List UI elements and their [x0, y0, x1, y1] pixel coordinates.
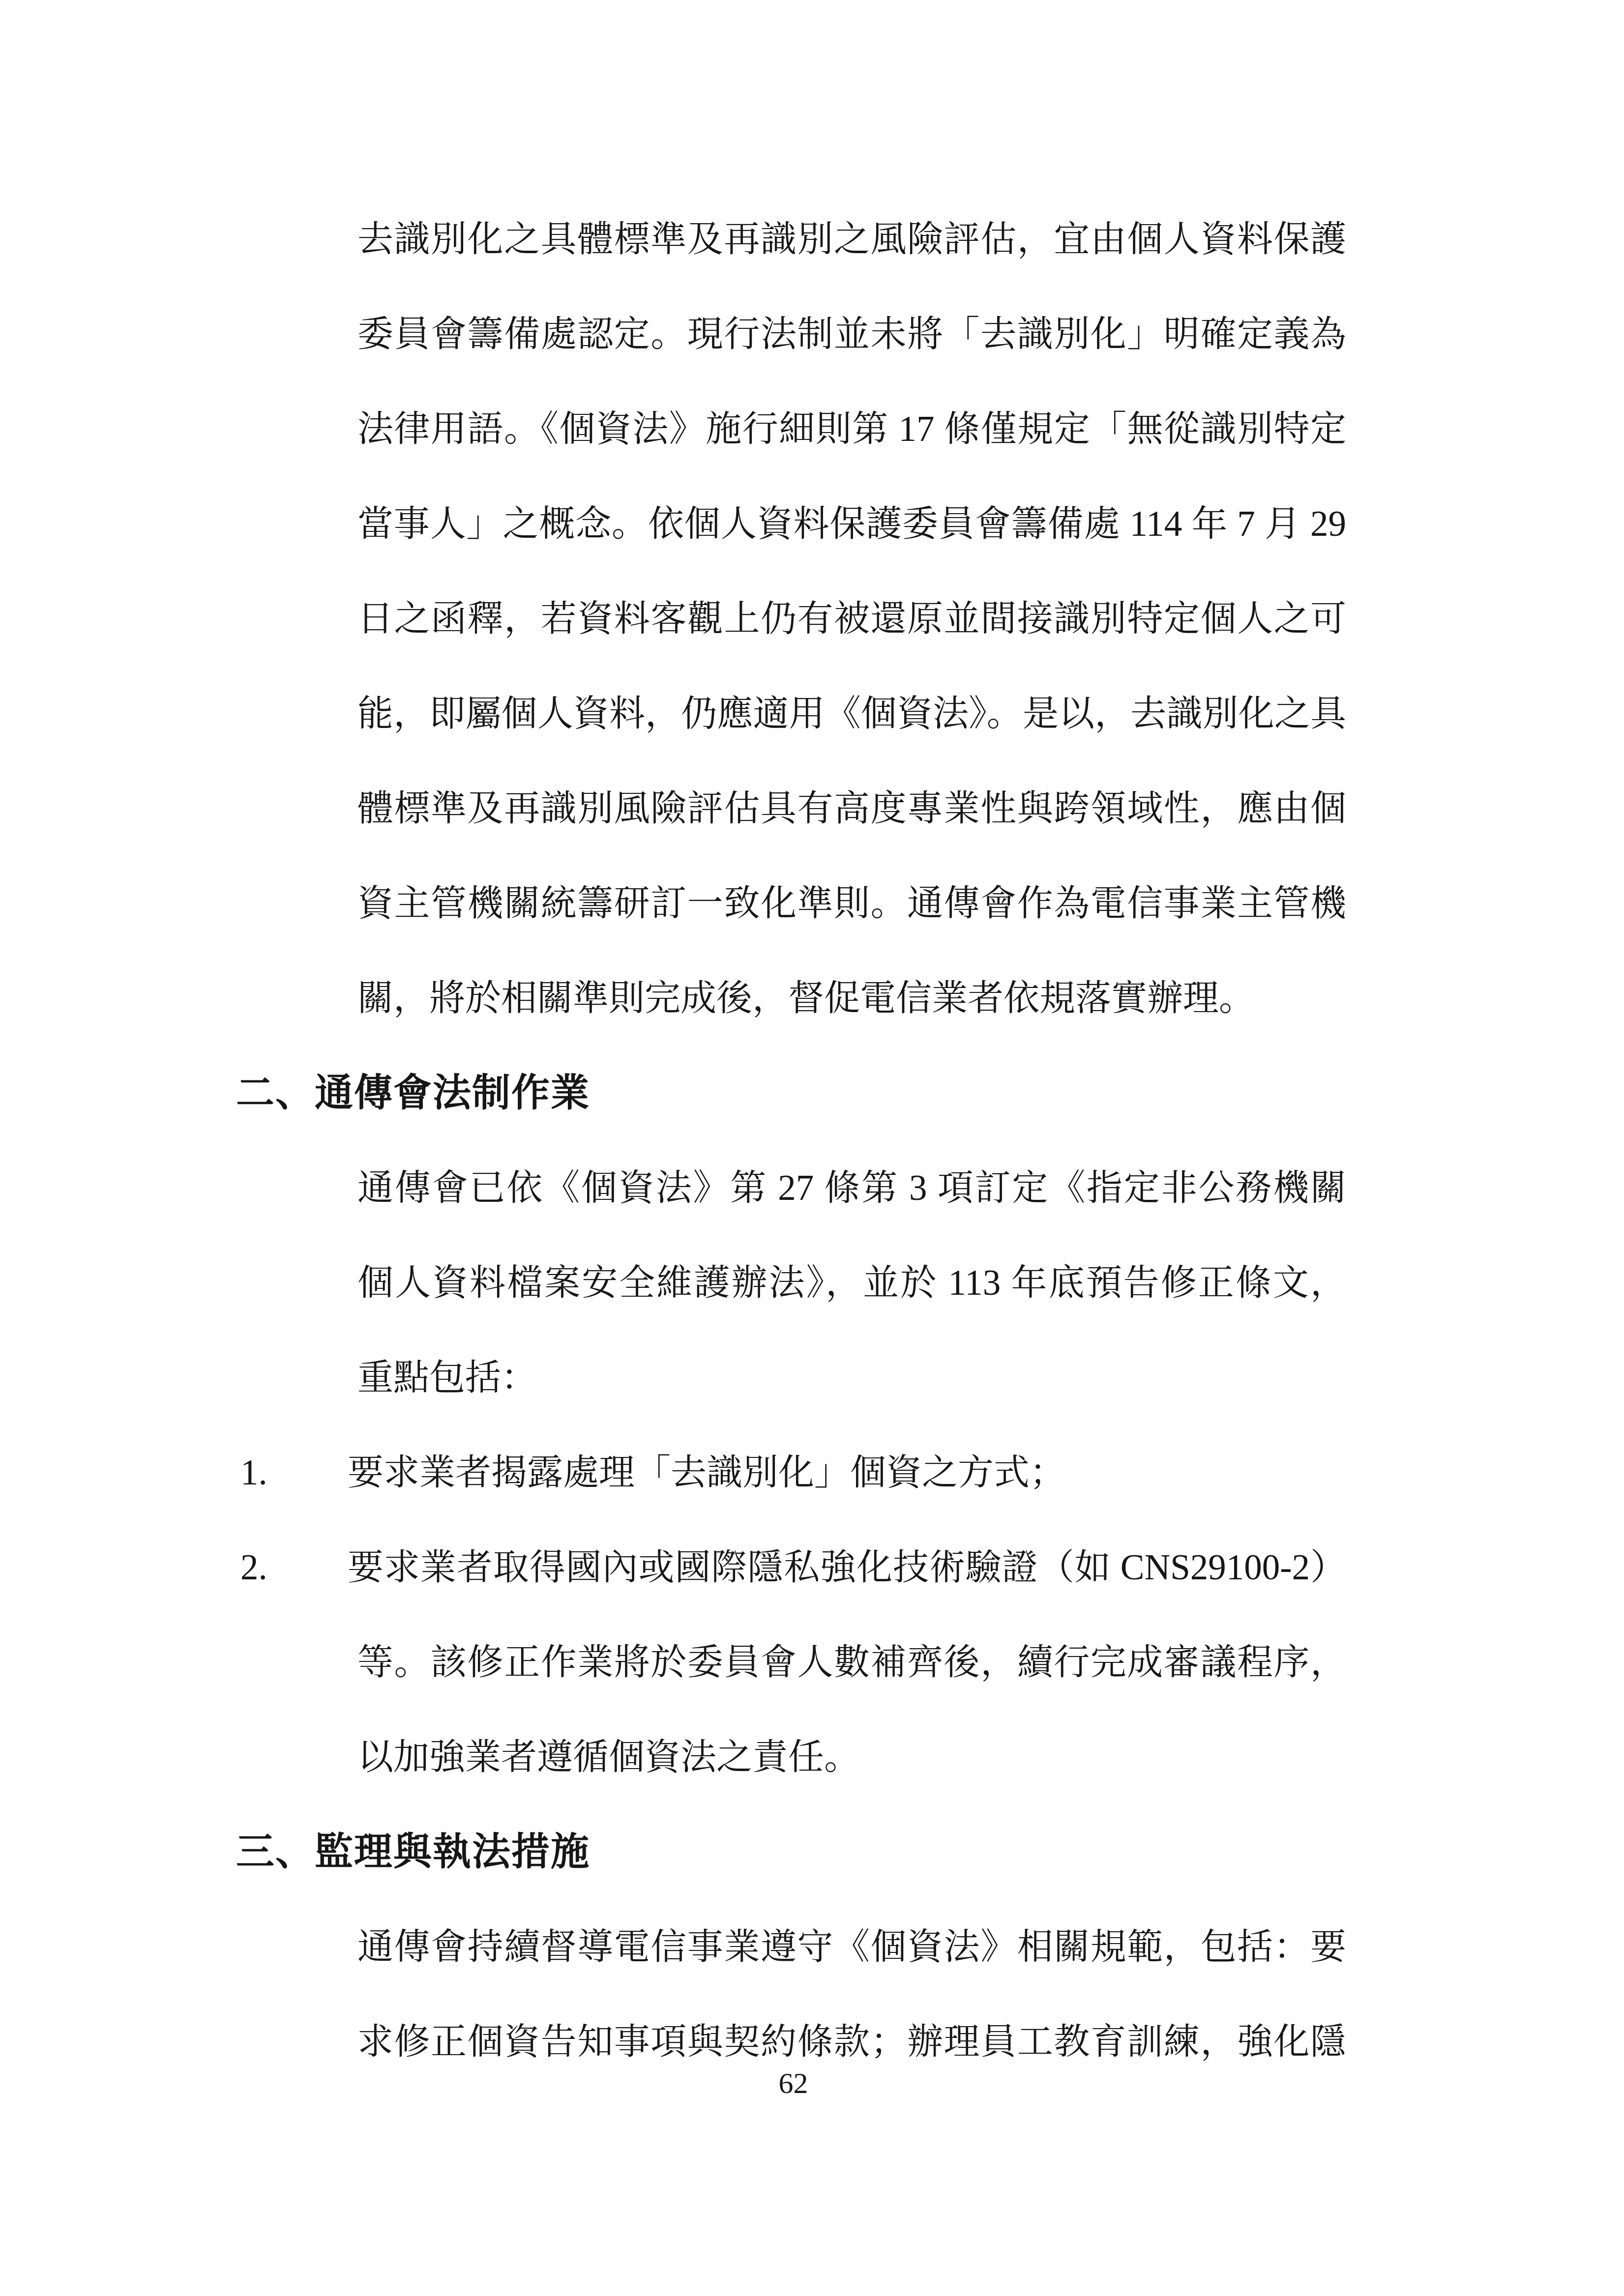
paragraph-line: 等。該修正作業將於委員會人數補齊後，續行完成審議程序， — [357, 1615, 1346, 1710]
paragraph-line: 日之函釋，若資料客觀上仍有被還原並間接識別特定個人之可 — [357, 571, 1346, 666]
page-number: 62 — [0, 2067, 1605, 2099]
list-number: 2. — [240, 1520, 348, 1615]
document-page: { "document": { "para1": [ "去識別化之具體標準及再識… — [0, 0, 1624, 2296]
paragraph-line: 以加強業者遵循個資法之責任。 — [357, 1710, 1346, 1804]
paragraph-line: 能，即屬個人資料，仍應適用《個資法》。是以，去識別化之具 — [357, 666, 1346, 761]
paragraph-line: 法律用語。《個資法》施行細則第 17 條僅規定「無從識別特定 — [357, 381, 1346, 476]
paragraph-line: 通傳會持續督導電信事業遵守《個資法》相關規範，包括：要 — [357, 1899, 1346, 1994]
paragraph-line: 關，將於相關準則完成後，督促電信業者依規落實辦理。 — [357, 951, 1346, 1046]
list-item-text: 要求業者揭露處理「去識別化」個資之方式； — [348, 1425, 1346, 1520]
paragraph-line: 通傳會已依《個資法》第 27 條第 3 項訂定《指定非公務機關 — [357, 1140, 1346, 1235]
paragraph-line: 委員會籌備處認定。現行法制並未將「去識別化」明確定義為 — [357, 287, 1346, 381]
paragraph-line: 體標準及再識別風險評估具有高度專業性與跨領域性，應由個 — [357, 761, 1346, 856]
paragraph-line: 重點包括： — [357, 1330, 1346, 1425]
paragraph-line: 去識別化之具體標準及再識別之風險評估，宜由個人資料保護 — [357, 192, 1346, 287]
list-number: 1. — [240, 1425, 348, 1520]
paragraph-line: 當事人」之概念。依個人資料保護委員會籌備處 114 年 7 月 29 — [357, 476, 1346, 571]
section-heading-2: 二、通傳會法制作業 — [236, 1046, 1624, 1140]
paragraph-line: 個人資料檔案安全維護辦法》，並於 113 年底預告修正條文， — [357, 1235, 1346, 1330]
text-block: 去識別化之具體標準及再識別之風險評估，宜由個人資料保護 委員會籌備處認定。現行法… — [0, 192, 1624, 2089]
section-heading-3: 三、監理與執法措施 — [236, 1804, 1624, 1899]
list-item: 1. 要求業者揭露處理「去識別化」個資之方式； — [240, 1425, 1346, 1520]
paragraph-line: 資主管機關統籌研訂一致化準則。通傳會作為電信事業主管機 — [357, 856, 1346, 951]
list-item: 2. 要求業者取得國內或國際隱私強化技術驗證（如 CNS29100-2） — [240, 1520, 1346, 1615]
list-item-text: 要求業者取得國內或國際隱私強化技術驗證（如 CNS29100-2） — [348, 1520, 1346, 1615]
